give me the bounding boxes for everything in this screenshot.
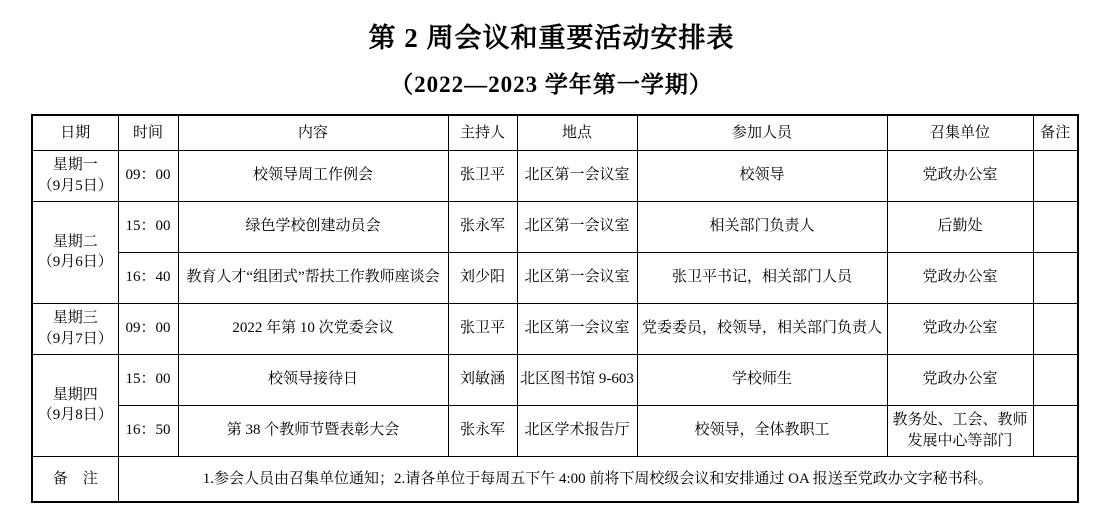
host-cell: 张卫平 [448, 150, 517, 201]
schedule-table-body: 星期一（9月5日）09：00校领导周工作例会张卫平北区第一会议室校领导党政办公室… [32, 150, 1078, 456]
table-row: 星期一（9月5日）09：00校领导周工作例会张卫平北区第一会议室校领导党政办公室 [32, 150, 1078, 201]
remark-cell [1033, 252, 1078, 303]
content-cell: 第 38 个教师节暨表彰大会 [178, 405, 448, 456]
host-cell: 张永军 [448, 405, 517, 456]
date-calendar: （9月7日） [35, 329, 116, 349]
host-cell: 刘敏涵 [448, 354, 517, 405]
column-header-location: 地点 [517, 115, 637, 150]
date-cell: 星期四（9月8日） [32, 354, 118, 456]
host-cell: 张永军 [448, 201, 517, 252]
table-row: 星期二（9月6日）15：00绿色学校创建动员会张永军北区第一会议室相关部门负责人… [32, 201, 1078, 252]
host-cell: 张卫平 [448, 303, 517, 354]
date-weekday: 星期四 [35, 385, 116, 405]
date-weekday: 星期二 [35, 232, 116, 252]
time-cell: 09：00 [118, 303, 178, 354]
date-calendar: （9月6日） [35, 252, 116, 272]
organizer-cell: 党政办公室 [887, 354, 1033, 405]
date-cell: 星期三（9月7日） [32, 303, 118, 354]
time-cell: 16：40 [118, 252, 178, 303]
note-label-cell: 备 注 [32, 456, 118, 502]
table-row: 星期四（9月8日）15：00校领导接待日刘敏涵北区图书馆 9-603学校师生党政… [32, 354, 1078, 405]
content-cell: 校领导接待日 [178, 354, 448, 405]
participants-cell: 相关部门负责人 [637, 201, 887, 252]
time-cell: 16：50 [118, 405, 178, 456]
content-cell: 2022 年第 10 次党委会议 [178, 303, 448, 354]
location-cell: 北区第一会议室 [517, 252, 637, 303]
content-cell: 校领导周工作例会 [178, 150, 448, 201]
date-cell: 星期二（9月6日） [32, 201, 118, 303]
time-cell: 15：00 [118, 354, 178, 405]
remark-cell [1033, 150, 1078, 201]
column-header-remark: 备注 [1033, 115, 1078, 150]
content-cell: 教育人才“组团式”帮扶工作教师座谈会 [178, 252, 448, 303]
column-header-organizer: 召集单位 [887, 115, 1033, 150]
location-cell: 北区第一会议室 [517, 303, 637, 354]
location-cell: 北区图书馆 9-603 [517, 354, 637, 405]
column-header-host: 主持人 [448, 115, 517, 150]
content-cell: 绿色学校创建动员会 [178, 201, 448, 252]
location-cell: 北区学术报告厅 [517, 405, 637, 456]
page-subtitle: （2022—2023 学年第一学期） [0, 66, 1103, 99]
date-cell: 星期一（9月5日） [32, 150, 118, 201]
date-calendar: （9月5日） [35, 176, 116, 196]
column-header-date: 日期 [32, 115, 118, 150]
organizer-cell: 党政办公室 [887, 252, 1033, 303]
date-weekday: 星期一 [35, 155, 116, 175]
column-header-participants: 参加人员 [637, 115, 887, 150]
remark-cell [1033, 201, 1078, 252]
participants-cell: 张卫平书记，相关部门人员 [637, 252, 887, 303]
date-weekday: 星期三 [35, 308, 116, 328]
organizer-cell: 后勤处 [887, 201, 1033, 252]
table-footer-row: 备 注 1.参会人员由召集单位通知；2.请各单位于每周五下午 4:00 前将下周… [32, 456, 1078, 502]
time-cell: 09：00 [118, 150, 178, 201]
column-header-time: 时间 [118, 115, 178, 150]
remark-cell [1033, 303, 1078, 354]
participants-cell: 党委委员，校领导，相关部门负责人 [637, 303, 887, 354]
table-header-row: 日期 时间 内容 主持人 地点 参加人员 召集单位 备注 [32, 115, 1078, 150]
table-row: 16：40教育人才“组团式”帮扶工作教师座谈会刘少阳北区第一会议室张卫平书记，相… [32, 252, 1078, 303]
participants-cell: 校领导，全体教职工 [637, 405, 887, 456]
participants-cell: 学校师生 [637, 354, 887, 405]
remark-cell [1033, 354, 1078, 405]
table-row: 16：50第 38 个教师节暨表彰大会张永军北区学术报告厅校领导，全体教职工教务… [32, 405, 1078, 456]
schedule-table: 日期 时间 内容 主持人 地点 参加人员 召集单位 备注 星期一（9月5日）09… [31, 114, 1079, 503]
location-cell: 北区第一会议室 [517, 201, 637, 252]
organizer-cell: 党政办公室 [887, 303, 1033, 354]
organizer-cell: 教务处、工会、教师发展中心等部门 [887, 405, 1033, 456]
note-text-cell: 1.参会人员由召集单位通知；2.请各单位于每周五下午 4:00 前将下周校级会议… [118, 456, 1078, 502]
column-header-content: 内容 [178, 115, 448, 150]
participants-cell: 校领导 [637, 150, 887, 201]
organizer-cell: 党政办公室 [887, 150, 1033, 201]
remark-cell [1033, 405, 1078, 456]
time-cell: 15：00 [118, 201, 178, 252]
date-calendar: （9月8日） [35, 405, 116, 425]
location-cell: 北区第一会议室 [517, 150, 637, 201]
table-row: 星期三（9月7日）09：002022 年第 10 次党委会议张卫平北区第一会议室… [32, 303, 1078, 354]
page-title: 第 2 周会议和重要活动安排表 [0, 16, 1103, 55]
host-cell: 刘少阳 [448, 252, 517, 303]
